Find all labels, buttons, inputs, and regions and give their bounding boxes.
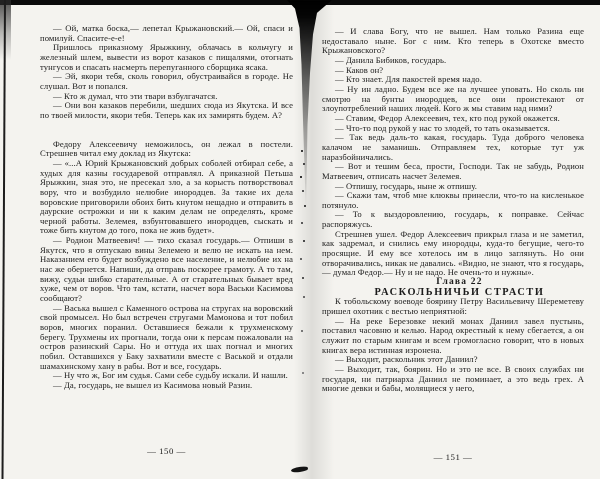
gutter-speckles — [302, 0, 304, 2]
paragraph: — Эй, якори тебя, сколь говорил, обустра… — [40, 72, 293, 91]
chapter-heading: Глава 22 РАСКОЛЬНИЧЬИ СТРАСТИ — [322, 278, 584, 297]
paragraph: К тобольскому воеводе боярину Петру Васи… — [322, 297, 584, 316]
paragraph: — И слава Богу, что не вышел. Нам только… — [322, 27, 584, 56]
paragraph: — Скажи там, чтоб мне клюквы принесли, ч… — [322, 191, 584, 210]
paragraph: — Так ведь даль-то какая, государь. Туда… — [322, 133, 584, 162]
paragraph: Федору Алексеевичу неможилось, он лежал … — [40, 140, 293, 159]
paragraph: — «...А Юрий Крыжановский добрых соболей… — [40, 159, 293, 236]
book-scan: { "pages": { "left": { "page_number": "—… — [0, 0, 600, 479]
page-edge-line — [1, 0, 6, 479]
paragraph: — То к выздоровлению, государь, к поправ… — [322, 210, 584, 229]
right-page: — И слава Богу, что не вышел. Нам только… — [322, 27, 584, 394]
paragraph: — Васька вышел с Каменного острова на ст… — [40, 304, 293, 372]
paragraph: — Ну ин ладно. Будем все же на лучшее уп… — [322, 85, 584, 114]
paragraph: Стрешнев ушел. Федор Алексеевич прикрыл … — [322, 230, 584, 278]
paragraph: — Они вон казаков перебили, шедших сюда … — [40, 101, 293, 120]
paragraph: Пришлось приказному Ярыжкину, облачась в… — [40, 43, 293, 72]
paragraph: — Выходит, так, боярин. Но и это не все.… — [322, 365, 584, 394]
paragraph: — Да, государь, не вышел из Касимова нов… — [40, 381, 293, 391]
paragraph: — Вот и тешим беса, прости, Господи. Так… — [322, 162, 584, 181]
left-page: — Ой, матка боска,— лепетал Крыжановский… — [40, 24, 293, 391]
page-number-left: — 150 — — [40, 446, 293, 456]
paragraph: — Родион Матвеевич! — тихо сказал госуда… — [40, 236, 293, 304]
paragraph: — На реке Березовке некий монах Даниил з… — [322, 317, 584, 356]
paragraph: — Ой, матка боска,— лепетал Крыжановский… — [40, 24, 293, 43]
page-number-right: — 151 — — [322, 452, 584, 462]
